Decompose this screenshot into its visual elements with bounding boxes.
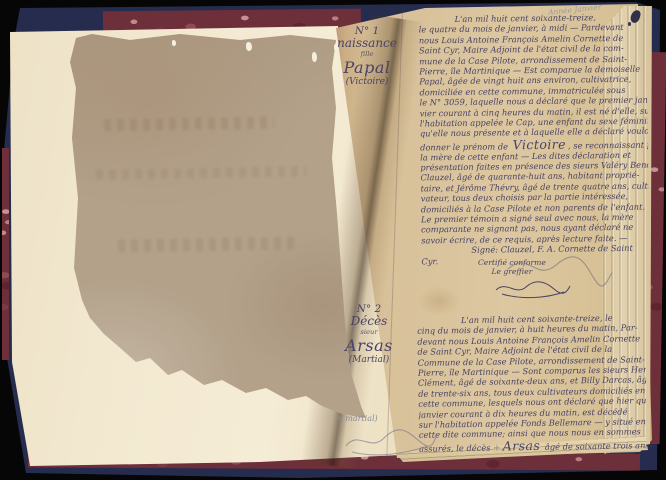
torn-paper-fleck — [312, 52, 317, 62]
act-surname: Arsas — [334, 336, 404, 355]
ink-blot — [628, 22, 631, 26]
deceased-name: Arsas — [501, 438, 543, 454]
birth-act-text: L'an mil huit cent soixante-treize,le qu… — [418, 12, 649, 267]
torn-paper-fleck — [246, 42, 252, 51]
book-photo: N° 1 naissance fille Papal (Victoire) N°… — [0, 0, 666, 480]
act-paragraph: L'an mil huit cent soixante-treize, leci… — [417, 312, 647, 440]
child-name: Victoire — [511, 136, 568, 152]
torn-paper-fleck — [172, 40, 176, 46]
pencil-signature-flourish — [340, 424, 440, 456]
margin-note-entry1: N° 1 naissance fille Papal (Victoire) — [332, 26, 402, 87]
act-subnote: fille — [332, 50, 402, 58]
act-paragraph: L'an mil huit cent soixante-treize,le qu… — [418, 12, 648, 139]
act-surname: Papal — [332, 58, 402, 77]
line-post: , se reconnaissant pour être — [568, 139, 648, 150]
act-type: naissance — [332, 37, 402, 50]
act-given-name: (Victoire) — [332, 77, 402, 87]
act-given-name: (Martial) — [334, 355, 404, 365]
line-pre: donner le prénom de — [420, 141, 511, 152]
marbled-endpaper-left — [2, 148, 9, 360]
death-act-text: L'an mil huit cent soixante-treize, leci… — [417, 312, 647, 453]
paper-stain — [418, 286, 460, 316]
pencil-margin-note: + martial) — [336, 414, 378, 423]
line-post: âgé de soixante trois ans — [542, 440, 647, 452]
margin-note-entry2: N° 2 Décès sieur Arsas (Martial) — [334, 304, 404, 365]
insertion-mark: + — [493, 443, 501, 453]
act-type: Décès — [334, 315, 404, 328]
act-subnote: sieur — [334, 328, 404, 336]
